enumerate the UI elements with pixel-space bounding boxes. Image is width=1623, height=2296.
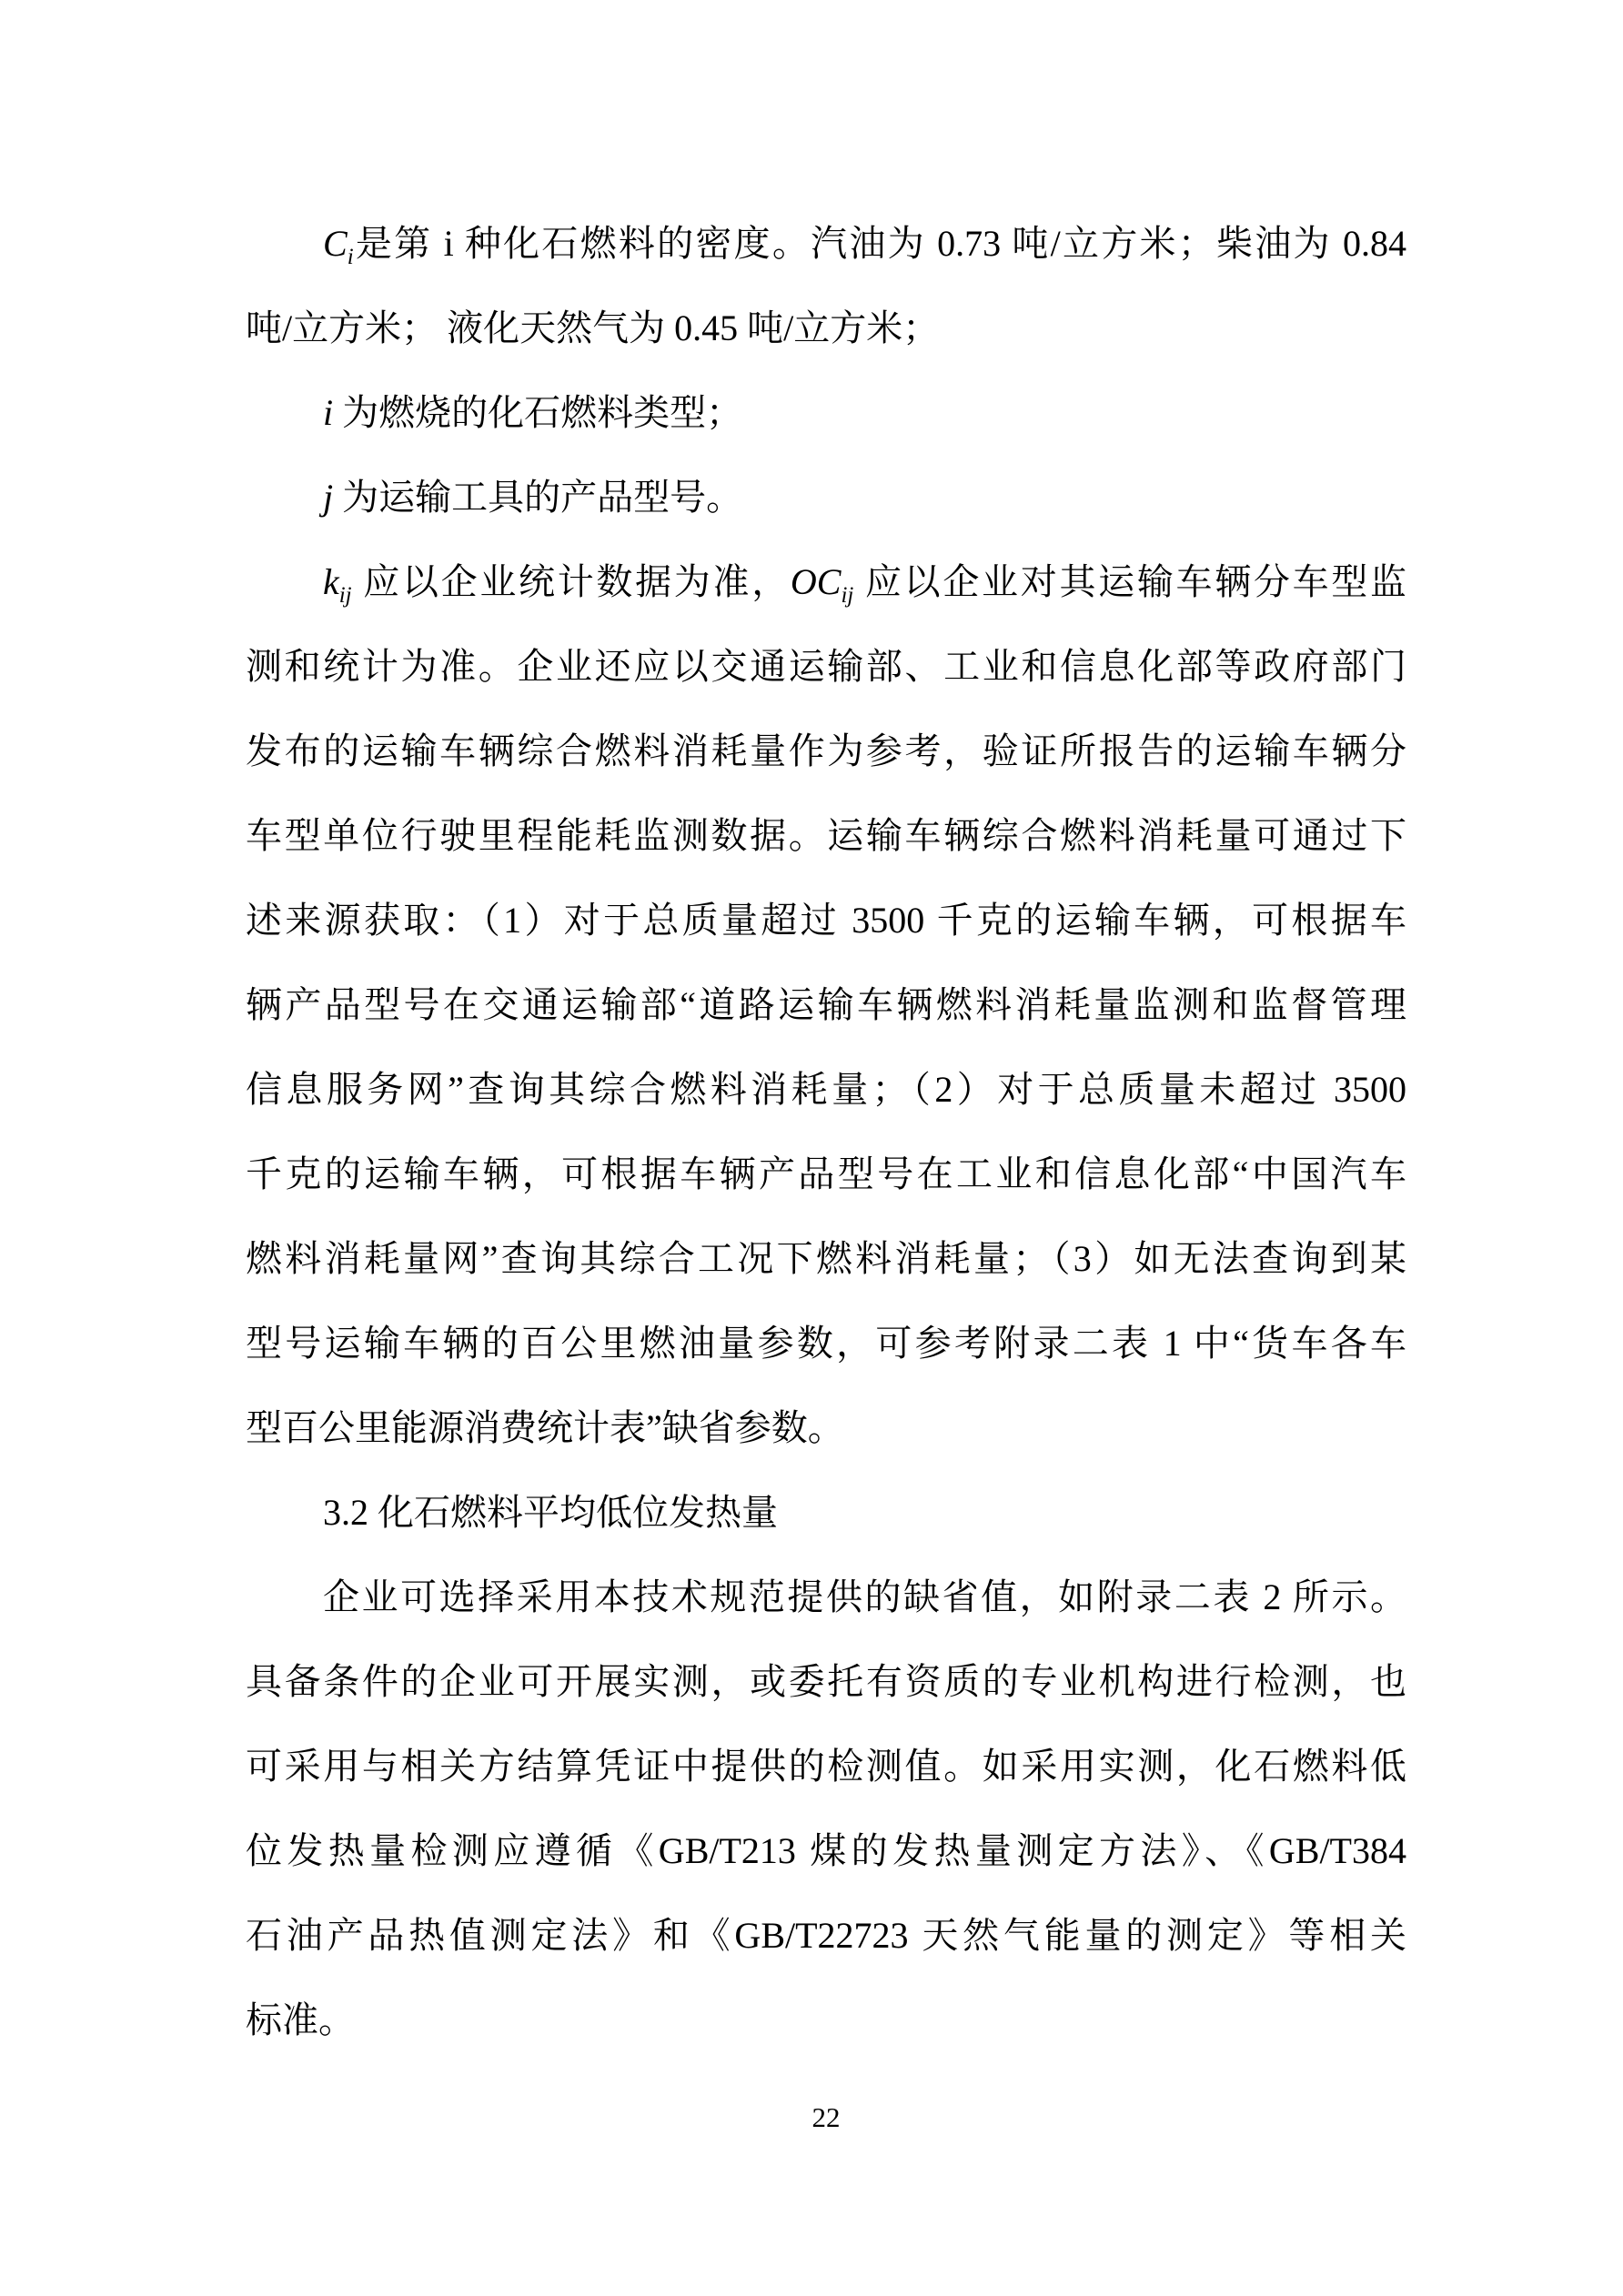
text-line: Ci是第 i 种化石燃料的密度。汽油为 0.73 吨/立方米；柴油为 0.84 [246,201,1406,286]
text-line: kij 应以企业统计数据为准，OCij 应以企业对其运输车辆分车型监 [246,539,1406,624]
text-line: 述来源获取：（1）对于总质量超过 3500 千克的运输车辆，可根据车 [246,878,1406,962]
text-line: 测和统计为准。企业还应以交通运输部、工业和信息化部等政府部门 [246,624,1406,709]
text-line: 型号运输车辆的百公里燃油量参数，可参考附录二表 1 中“货车各车 [246,1301,1406,1385]
text-line: 具备条件的企业可开展实测，或委托有资质的专业机构进行检测，也 [246,1639,1406,1724]
page-number: 22 [246,2100,1406,2136]
formula-subscript: ij [841,583,853,608]
text-line: 燃料消耗量网”查询其综合工况下燃料消耗量；（3）如无法查询到某 [246,1216,1406,1301]
formula-variable: OC [791,561,842,602]
text-line: 企业可选择采用本技术规范提供的缺省值，如附录二表 2 所示。 [246,1555,1406,1639]
text-line: 辆产品型号在交通运输部“道路运输车辆燃料消耗量监测和监督管理 [246,962,1406,1047]
formula-variable: i [323,392,333,433]
text-line: 型百公里能源消费统计表”缺省参数。 [246,1385,1406,1470]
text-line: 3.2 化石燃料平均低位发热量 [246,1470,1406,1555]
text-line: 标准。 [246,1978,1406,2062]
text-line: j 为运输工具的产品型号。 [246,455,1406,539]
formula-variable: k [323,561,339,602]
formula-variable: j [323,477,333,518]
text-line: 千克的运输车辆，可根据车辆产品型号在工业和信息化部“中国汽车 [246,1132,1406,1216]
text-line: 信息服务网”查询其综合燃料消耗量；（2）对于总质量未超过 3500 [246,1047,1406,1132]
text-line: 石油产品热值测定法》和《GB/T22723 天然气能量的测定》等相关 [246,1893,1406,1978]
text-line: i 为燃烧的化石燃料类型； [246,370,1406,455]
formula-variable: C [323,223,348,264]
formula-subscript: ij [339,583,352,608]
text-line: 车型单位行驶里程能耗监测数据。运输车辆综合燃料消耗量可通过下 [246,793,1406,878]
text-line: 吨/立方米； 液化天然气为 0.45 吨/立方米； [246,286,1406,370]
document-page: Ci是第 i 种化石燃料的密度。汽油为 0.73 吨/立方米；柴油为 0.84吨… [0,0,1623,2296]
body-text: Ci是第 i 种化石燃料的密度。汽油为 0.73 吨/立方米；柴油为 0.84吨… [246,201,1406,2062]
text-line: 可采用与相关方结算凭证中提供的检测值。如采用实测，化石燃料低 [246,1724,1406,1808]
formula-subscript: i [348,245,354,269]
text-line: 发布的运输车辆综合燃料消耗量作为参考，验证所报告的运输车辆分 [246,709,1406,793]
text-line: 位发热量检测应遵循《GB/T213 煤的发热量测定方法》、《GB/T384 [246,1808,1406,1893]
